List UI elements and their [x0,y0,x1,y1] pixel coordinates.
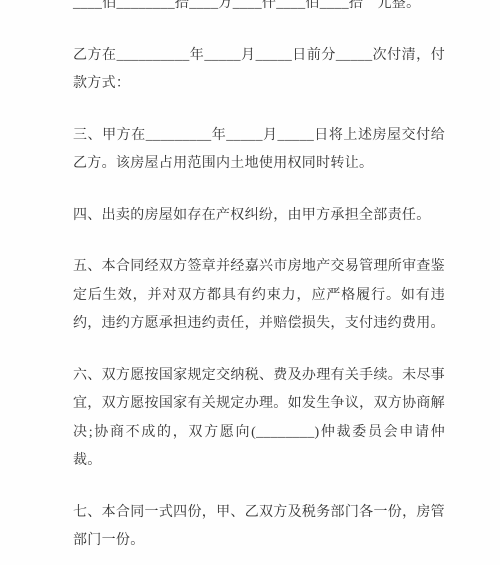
contract-body: ____佰________拾____万____仟____佰____拾 元整。 乙… [73,0,445,556]
clause-7-copies: 七、本合同一式四份，甲、乙双方及税务部门各一份，房管部门一份。 [73,499,445,556]
clause-4-ownership-dispute: 四、出卖的房屋如存在产权纠纷，由甲方承担全部责任。 [73,202,445,231]
clause-payment-schedule: 乙方在__________年_____月_____日前分_____次付清，付款方… [73,42,445,99]
amount-in-words-line: ____佰________拾____万____仟____佰____拾 元整。 [73,0,445,19]
clause-3-delivery: 三、甲方在_________年_____月_____日将上述房屋交付给乙方。该房… [73,122,445,179]
clause-5-effectiveness: 五、本合同经双方签章并经嘉兴市房地产交易管理所审查鉴定后生效，并对双方都具有约束… [73,253,445,339]
clause-6-taxes-arbitration: 六、双方愿按国家规定交纳税、费及办理有关手续。未尽事宜，双方愿按国家有关规定办理… [73,362,445,476]
contract-document-page: ____佰________拾____万____仟____佰____拾 元整。 乙… [0,0,500,565]
